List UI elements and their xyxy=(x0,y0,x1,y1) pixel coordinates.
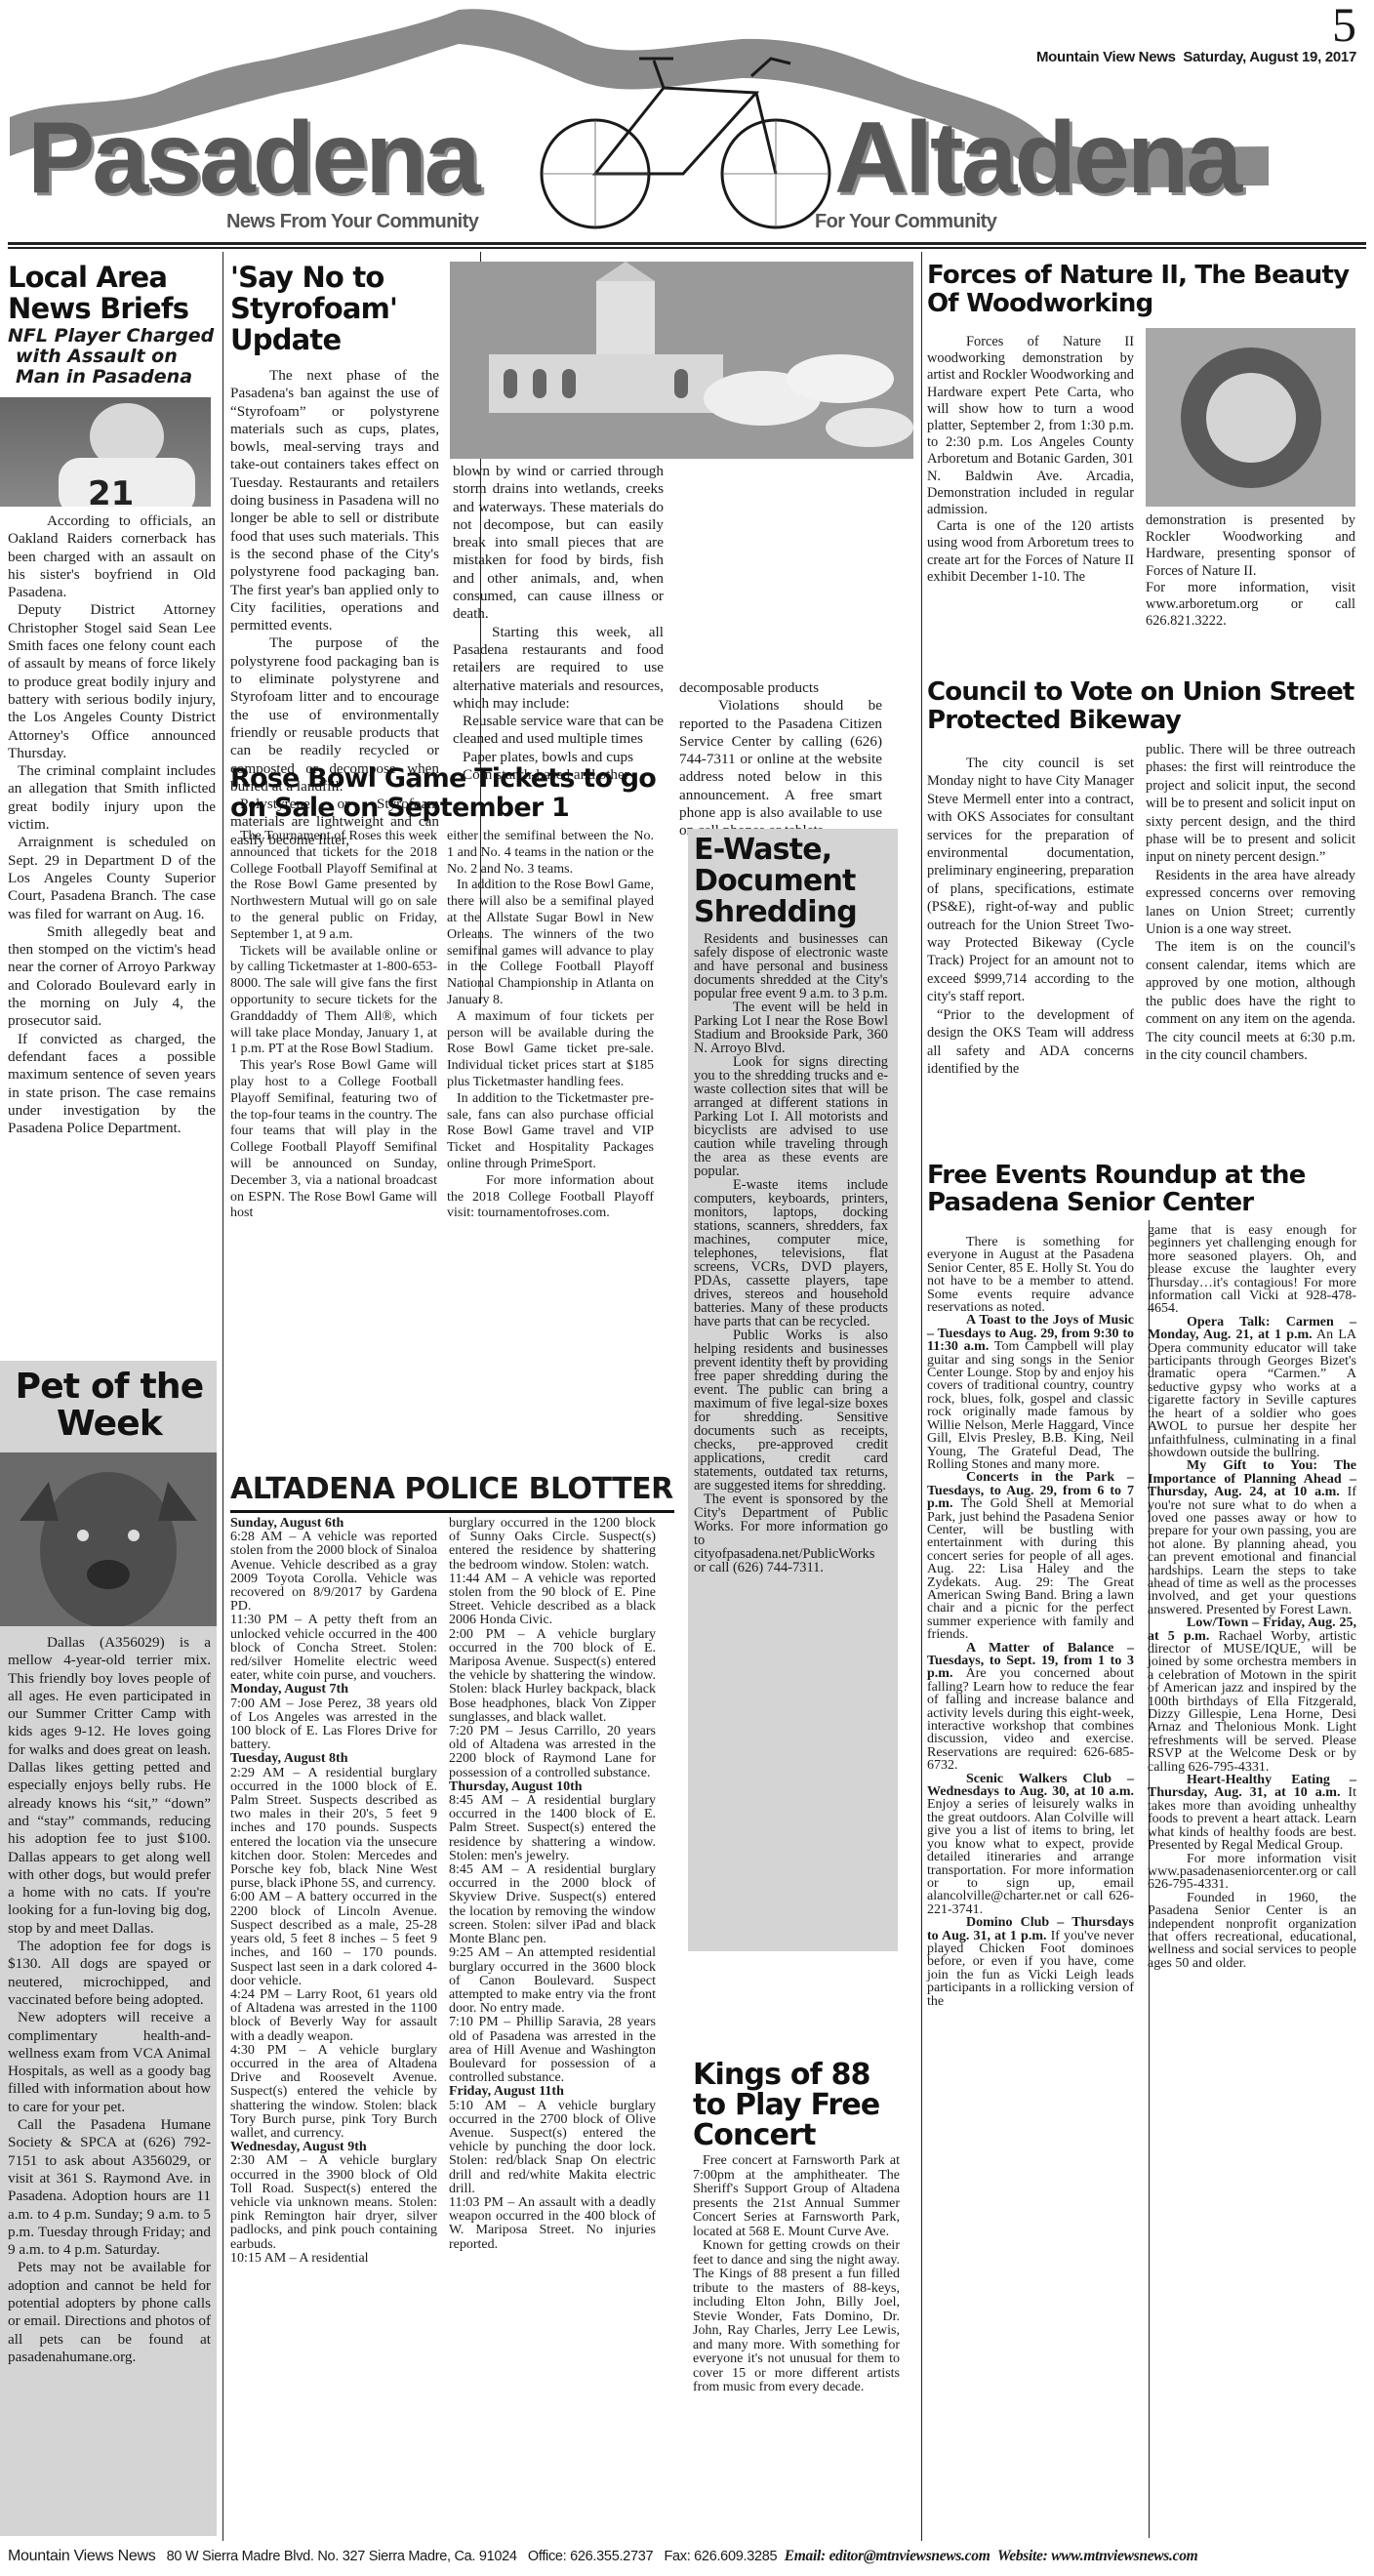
paragraph: The adoption fee for dogs is $130. All d… xyxy=(8,1938,211,2009)
paragraph: Smith allegedly beat and then stomped on… xyxy=(8,923,216,1031)
paragraph: Arraignment is scheduled on Sept. 29 in … xyxy=(8,834,216,922)
paragraph: Free concert at Farnsworth Park at 7:00p… xyxy=(693,2154,900,2239)
senior-event-title: My Gift to You: The Importance of Planni… xyxy=(1148,1458,1356,1499)
police-blotter-article: ALTADENA POLICE BLOTTER Sunday, August 6… xyxy=(230,1472,674,2266)
blotter-entry: 4:30 PM – A vehicle burglary occurred in… xyxy=(230,2044,437,2141)
blotter-entry: burglary occurred in the 1200 block of S… xyxy=(449,1517,656,1573)
footer-office: Office: 626.355.2737 xyxy=(528,2549,653,2564)
paragraph: The item is on the council's consent cal… xyxy=(1146,938,1355,1064)
paragraph: E-waste items include computers, keyboar… xyxy=(694,1178,888,1329)
dog-photo xyxy=(0,1452,217,1626)
ewaste-body: Residents and businesses can safely disp… xyxy=(694,932,888,1574)
blotter-col2: burglary occurred in the 1200 block of S… xyxy=(449,1517,656,2266)
masthead-title-pasadena: Pasadena xyxy=(27,107,478,209)
masthead: 5 Mountain View News Saturday, August 19… xyxy=(0,0,1374,244)
senior-event: My Gift to You: The Importance of Planni… xyxy=(1148,1459,1356,1616)
senior-event: A Matter of Balance – Tuesdays, to Sept.… xyxy=(927,1642,1134,1773)
blotter-day-heading: Friday, August 11th xyxy=(449,2085,656,2099)
senior-event: Domino Club – Thursdays to Aug. 31, at 1… xyxy=(927,1916,1134,2008)
footer-email-link[interactable]: editor@mtnviewsnews.com xyxy=(829,2548,990,2564)
kings-body: Free concert at Farnsworth Park at 7:00p… xyxy=(693,2154,900,2395)
paragraph: If convicted as charged, the defendant f… xyxy=(8,1031,216,1138)
rose-bowl-col1: The Tournament of Roses this week announ… xyxy=(230,829,437,1222)
local-news-headline: Local Area News Briefs xyxy=(8,262,216,324)
paragraph: Residents in the area have already expre… xyxy=(1146,867,1355,939)
bikeway-headline: Council to Vote on Union Street Protecte… xyxy=(927,678,1366,735)
footer-website-label: Website: xyxy=(997,2548,1048,2564)
blotter-entry: 10:15 AM – A residential xyxy=(230,2252,437,2266)
senior-event: A Toast to the Joys of Music – Tuesdays … xyxy=(927,1314,1134,1471)
paragraph: demonstration is presented by Rockler Wo… xyxy=(1146,512,1355,580)
city-hall-icon xyxy=(450,262,913,459)
paragraph: This year's Rose Bowl Game will play hos… xyxy=(230,1058,437,1222)
paragraph: either the semifinal between the No. 1 a… xyxy=(447,829,654,878)
column-divider xyxy=(222,252,223,2541)
paragraph: public. There will be three outreach pha… xyxy=(1146,741,1355,867)
styrofoam-col2: blown by wind or carried through storm d… xyxy=(453,463,664,784)
paragraph: The Tournament of Roses this week announ… xyxy=(230,829,437,944)
paper-name: Mountain View News xyxy=(1036,49,1176,65)
paragraph: The event is sponsored by the City's Dep… xyxy=(694,1492,888,1574)
styrofoam-col3: decomposable products Violations should … xyxy=(679,679,882,840)
senior-event: Low/Town – Friday, Aug. 25, at 5 p.m. Ra… xyxy=(1148,1616,1356,1774)
senior-event-title: A Matter of Balance – Tuesdays, to Sept.… xyxy=(927,1641,1134,1682)
styrofoam-headline: 'Say No to Styrofoam' Update xyxy=(230,262,465,355)
local-news-body: According to officials, an Oakland Raide… xyxy=(8,512,216,1137)
page-number: 5 xyxy=(1036,0,1356,49)
paragraph: Dallas (A356029) is a mellow 4-year-old … xyxy=(8,1634,211,1938)
paragraph: Known for getting crowds on their feet t… xyxy=(693,2239,900,2395)
blotter-day-heading: Tuesday, August 8th xyxy=(230,1752,437,1766)
pet-body: Dallas (A356029) is a mellow 4-year-old … xyxy=(8,1634,211,2366)
footer-website-link[interactable]: www.mtnviewsnews.com xyxy=(1051,2548,1197,2564)
city-hall-foam-photo xyxy=(450,262,913,459)
paragraph: The next phase of the Pasadena's ban aga… xyxy=(230,367,439,634)
football-player-icon: 21 xyxy=(0,397,211,507)
senior-event-title: Opera Talk: Carmen – Monday, Aug. 21, at… xyxy=(1148,1315,1356,1342)
bikeway-col2: public. There will be three outreach pha… xyxy=(1146,741,1355,1078)
senior-col2: game that is easy enough for beginners y… xyxy=(1148,1224,1356,2008)
rose-bowl-headline: Rose Bowl Game Tickets to go on Sale on … xyxy=(230,764,674,823)
wood-platter-photo xyxy=(1146,328,1355,507)
paragraph: Residents and businesses can safely disp… xyxy=(694,932,888,1001)
footer-fax: Fax: 626.609.3285 xyxy=(664,2549,777,2564)
blotter-day-heading: Monday, August 7th xyxy=(230,1683,437,1697)
blotter-entry: 6:00 AM – A battery occurred in the 2200… xyxy=(230,1891,437,1987)
paragraph: The criminal complaint includes an alleg… xyxy=(8,762,216,834)
blotter-day-heading: Sunday, August 6th xyxy=(230,1517,437,1531)
paragraph: The city council is set Monday night to … xyxy=(927,755,1134,1006)
blotter-entry: 11:44 AM – A vehicle was reported stolen… xyxy=(449,1573,656,1628)
blotter-entry: 11:30 PM – A petty theft from an unlocke… xyxy=(230,1614,437,1683)
blotter-entry: 8:45 AM – A residential burglary occurre… xyxy=(449,1794,656,1863)
issue-date: Saturday, August 19, 2017 xyxy=(1183,49,1356,65)
rose-bowl-article: Rose Bowl Game Tickets to go on Sale on … xyxy=(230,764,674,1222)
svg-text:21: 21 xyxy=(88,474,134,507)
paragraph: Pets may not be available for adoption a… xyxy=(8,2259,211,2366)
senior-event: Concerts in the Park – Tuesdays, to Aug.… xyxy=(927,1471,1134,1641)
senior-event-title: Domino Club – Thursdays to Aug. 31, at 1… xyxy=(927,1915,1134,1942)
paragraph: blown by wind or carried through storm d… xyxy=(453,463,664,624)
paragraph: Call the Pasadena Humane Society & SPCA … xyxy=(8,2116,211,2259)
blotter-entry: 2:29 AM – A residential burglary occurre… xyxy=(230,1767,437,1892)
paper-date-line: Mountain View News Saturday, August 19, … xyxy=(1036,49,1356,65)
blotter-entry: 2:00 PM – A vehicle burglary occurred in… xyxy=(449,1628,656,1725)
blotter-entry: 4:24 PM – Larry Root, 61 years old of Al… xyxy=(230,1988,437,2044)
paragraph: Violations should be reported to the Pas… xyxy=(679,697,882,839)
paragraph: For more information about the 2018 Coll… xyxy=(447,1173,654,1222)
blotter-entry: 5:10 AM – A vehicle burglary occurred in… xyxy=(449,2100,656,2196)
paragraph: In addition to the Rose Bowl Game, there… xyxy=(447,878,654,1008)
blotter-entry: 8:45 AM – A residential burglary occurre… xyxy=(449,1863,656,1946)
page-meta: 5 Mountain View News Saturday, August 19… xyxy=(1036,0,1356,65)
tagline-right: For Your Community xyxy=(815,211,996,233)
column-divider xyxy=(921,252,922,2541)
paragraph: Carta is one of the 120 artists using wo… xyxy=(927,518,1134,586)
blotter-entry: 9:25 AM – An attempted residential burgl… xyxy=(449,1946,656,2016)
woodworking-article: Forces of Nature II, The Beauty Of Woodw… xyxy=(927,262,1366,630)
paragraph: Forces of Nature II woodworking demonstr… xyxy=(927,334,1134,518)
woodworking-col1: Forces of Nature II woodworking demonstr… xyxy=(927,328,1134,630)
paragraph: Starting this week, all Pasadena restaur… xyxy=(453,624,664,713)
wood-platter-icon xyxy=(1146,328,1355,507)
paragraph: Look for signs directing you to the shre… xyxy=(694,1055,888,1178)
bikeway-col1: The city council is set Monday night to … xyxy=(927,741,1134,1078)
blotter-entry: 2:30 AM – A vehicle burglary occurred in… xyxy=(230,2154,437,2251)
paragraph: In addition to the Ticketmaster pre-sale… xyxy=(447,1091,654,1173)
tagline-left: News From Your Community xyxy=(226,211,478,233)
masthead-divider xyxy=(8,242,1366,249)
woodworking-headline: Forces of Nature II, The Beauty Of Woodw… xyxy=(927,262,1366,318)
senior-event: Scenic Walkers Club – Wednesdays to Aug.… xyxy=(927,1773,1134,1916)
paragraph: The event will be held in Parking Lot I … xyxy=(694,1001,888,1055)
kings-of-88-article: Kings of 88 to Play Free Concert Free co… xyxy=(693,2060,900,2395)
nfl-player-photo: 21 xyxy=(0,397,211,507)
ewaste-box: E-Waste, Document Shredding Residents an… xyxy=(688,829,898,1951)
footer-paper-name: Mountain Views News xyxy=(8,2548,155,2564)
local-news-subhead: NFL Player Charged with Assault on Man i… xyxy=(8,326,216,388)
footer-address: 80 W Sierra Madre Blvd. No. 327 Sierra M… xyxy=(167,2549,517,2564)
senior-event: Heart-Healthy Eating – Thursday, Aug. 31… xyxy=(1148,1774,1356,1852)
paragraph: decomposable products xyxy=(679,679,882,697)
pet-of-week-box: Pet of the Week Dallas (A356029) is a me… xyxy=(0,1361,217,2536)
blotter-entry: 7:10 PM – Phillip Saravia, 28 years old … xyxy=(449,2016,656,2085)
blotter-entry: 7:00 AM – Jose Perez, 38 years old of Lo… xyxy=(230,1697,437,1753)
paragraph: Deputy District Attorney Christopher Sto… xyxy=(8,601,216,762)
senior-event-title: Low/Town – Friday, Aug. 25, at 5 p.m. xyxy=(1148,1615,1356,1643)
blotter-rule xyxy=(230,1510,674,1513)
paragraph: “Prior to the development of design the … xyxy=(927,1006,1134,1079)
blotter-col1: Sunday, August 6th6:28 AM – A vehicle wa… xyxy=(230,1517,437,2266)
dog-icon xyxy=(0,1452,217,1626)
paragraph: A maximum of four tickets per person wil… xyxy=(447,1009,654,1091)
senior-col1: There is something for everyone in Augus… xyxy=(927,1224,1134,2008)
senior-event-title: A Toast to the Joys of Music – Tuesdays … xyxy=(927,1313,1134,1354)
senior-headline: Free Events Roundup at the Pasadena Seni… xyxy=(927,1162,1366,1216)
footer-email-label: Email: xyxy=(785,2548,826,2564)
paragraph: Founded in 1960, the Pasadena Senior Cen… xyxy=(1148,1892,1356,1970)
paragraph: According to officials, an Oakland Raide… xyxy=(8,512,216,601)
bikeway-article: Council to Vote on Union Street Protecte… xyxy=(927,678,1366,1078)
blotter-headline: ALTADENA POLICE BLOTTER xyxy=(230,1472,674,1506)
senior-event-title: Concerts in the Park – Tuesdays, to Aug.… xyxy=(927,1470,1134,1511)
blotter-day-heading: Thursday, August 10th xyxy=(449,1780,656,1794)
blotter-entry: 7:20 PM – Jesus Carrillo, 20 years old o… xyxy=(449,1725,656,1780)
pet-headline: Pet of the Week xyxy=(8,1361,211,1452)
paragraph: New adopters will receive a complimentar… xyxy=(8,2009,211,2116)
page-footer: Mountain Views News 80 W Sierra Madre Bl… xyxy=(8,2548,1369,2565)
senior-center-article: Free Events Roundup at the Pasadena Seni… xyxy=(927,1162,1366,2008)
blotter-entry: 6:28 AM – A vehicle was reported stolen … xyxy=(230,1531,437,1614)
list-item: Reusable service ware that can be cleane… xyxy=(453,713,664,749)
senior-event: Opera Talk: Carmen – Monday, Aug. 21, at… xyxy=(1148,1316,1356,1459)
kings-headline: Kings of 88 to Play Free Concert xyxy=(693,2060,900,2150)
senior-event-title: Heart-Healthy Eating – Thursday, Aug. 31… xyxy=(1148,1773,1356,1800)
local-news-article: Local Area News Briefs NFL Player Charge… xyxy=(8,262,216,1137)
blotter-day-heading: Wednesday, August 9th xyxy=(230,2141,437,2154)
ewaste-headline: E-Waste, Document Shredding xyxy=(694,835,888,928)
rose-bowl-col2: either the semifinal between the No. 1 a… xyxy=(447,829,654,1222)
paragraph: For more information visit www.pasadenas… xyxy=(1148,1853,1356,1892)
woodworking-col2: demonstration is presented by Rockler Wo… xyxy=(1146,328,1355,630)
paragraph: game that is easy enough for beginners y… xyxy=(1148,1224,1356,1316)
paragraph: Public Works is also helping residents a… xyxy=(694,1329,888,1492)
paragraph: For more information, visit www.arboretu… xyxy=(1146,580,1355,631)
paragraph: Tickets will be available online or by c… xyxy=(230,944,437,1059)
styrofoam-article: 'Say No to Styrofoam' Update The next ph… xyxy=(230,262,917,755)
paragraph: There is something for everyone in Augus… xyxy=(927,1236,1134,1314)
masthead-title-altadena: Altadena xyxy=(834,107,1239,209)
blotter-entry: 11:03 PM – An assault with a deadly weap… xyxy=(449,2196,656,2252)
senior-event-title: Scenic Walkers Club – Wednesdays to Aug.… xyxy=(927,1772,1134,1799)
